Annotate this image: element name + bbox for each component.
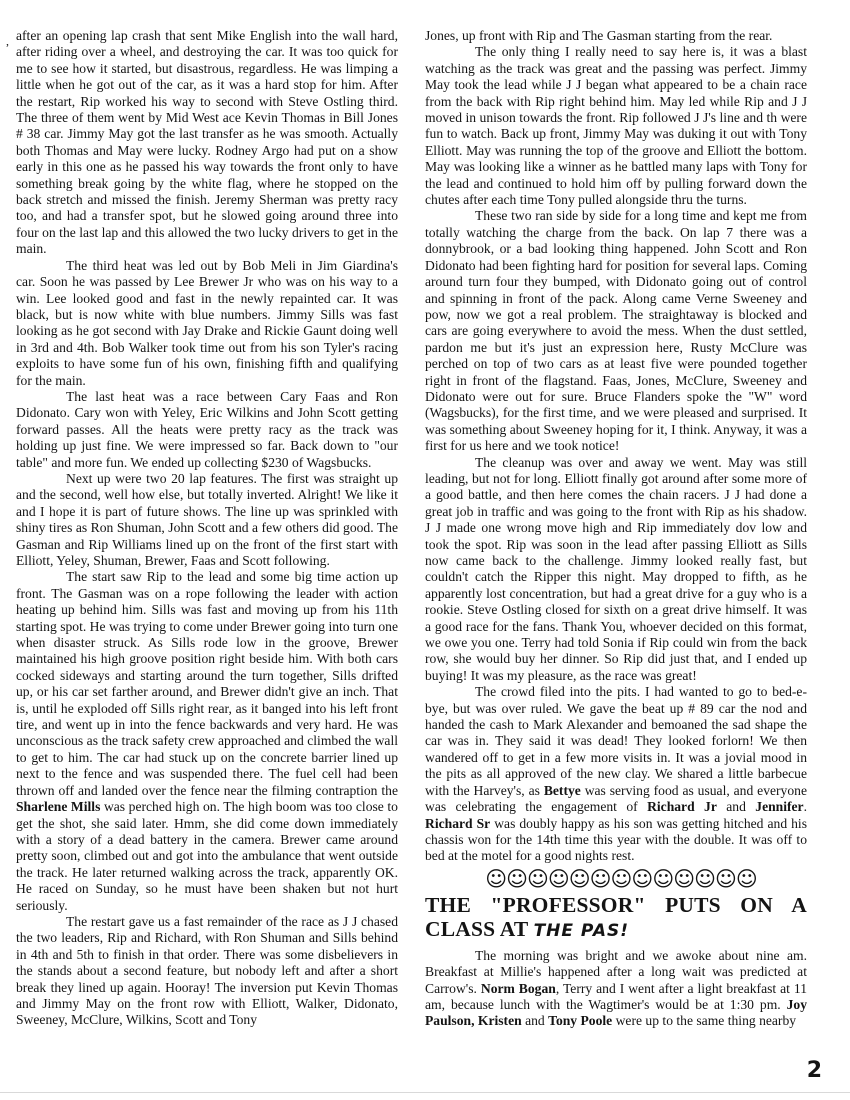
text-run: .	[804, 799, 807, 814]
paragraph: These two ran side by side for a long ti…	[425, 208, 807, 454]
bold-name: Sharlene Mills	[16, 799, 100, 814]
newsletter-page: , after an opening lap crash that sent M…	[0, 0, 850, 1100]
text-run: was perched high on. The high boom was t…	[16, 799, 398, 912]
smiley-divider: ☺☺☺☺☺☺☺☺☺☺☺☺☺	[425, 867, 807, 891]
bold-name: Norm Bogan	[481, 981, 556, 996]
paragraph: The last heat was a race between Cary Fa…	[16, 389, 398, 471]
paragraph: The crowd filed into the pits. I had wan…	[425, 684, 807, 864]
section-headline: THE "PROFESSOR" PUTS ON A CLASS AT THE P…	[425, 893, 807, 943]
bold-name: Tony Poole	[548, 1013, 612, 1028]
bold-name: Richard Jr	[647, 799, 717, 814]
right-column: Jones, up front with Rip and The Gasman …	[425, 28, 807, 1030]
text-run: and	[522, 1013, 548, 1028]
text-run: were up to the same thing nearby	[612, 1013, 796, 1028]
headline-script-text: THE PAS!	[534, 921, 629, 941]
stray-mark: ,	[6, 34, 9, 49]
paragraph: The only thing I really need to say here…	[425, 44, 807, 208]
left-column: after an opening lap crash that sent Mik…	[16, 28, 398, 1029]
paragraph: The start saw Rip to the lead and some b…	[16, 569, 398, 914]
text-run: The crowd filed into the pits. I had wan…	[425, 684, 807, 797]
paragraph: The restart gave us a fast remainder of …	[16, 914, 398, 1029]
bold-name: Richard Sr	[425, 816, 490, 831]
paragraph: Next up were two 20 lap features. The fi…	[16, 471, 398, 569]
text-run: The start saw Rip to the lead and some b…	[16, 569, 398, 797]
paragraph: Jones, up front with Rip and The Gasman …	[425, 28, 807, 44]
paragraph: The third heat was led out by Bob Meli i…	[16, 258, 398, 389]
text-run: and	[717, 799, 755, 814]
paragraph: after an opening lap crash that sent Mik…	[16, 28, 398, 258]
paragraph: The morning was bright and we awoke abou…	[425, 948, 807, 1030]
bold-name: Bettye	[544, 783, 581, 798]
bold-name: Jennifer	[755, 799, 803, 814]
paragraph: The cleanup was over and away we went. M…	[425, 455, 807, 685]
page-edge-divider	[0, 1092, 850, 1093]
page-number: 2	[807, 1058, 822, 1083]
